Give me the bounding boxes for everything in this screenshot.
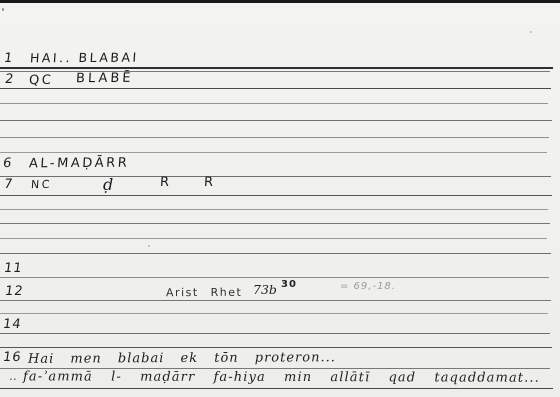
- entry-line-17-text: fa-ʾammā l- maḍārr fa-hiya min allātī qa…: [23, 369, 540, 385]
- scan-speck: [2, 8, 4, 11]
- ruled-line: [0, 152, 547, 153]
- ruled-line: [0, 388, 553, 389]
- scanned-index-card: 1 HAI.. BLABAI 2 QC BLABĒ 6 AL-MAḌĀRR 7 …: [0, 0, 560, 397]
- ruled-line: [0, 300, 551, 301]
- faint-annotation: = 69,-18.: [340, 281, 396, 292]
- margin-number-6: 6: [2, 156, 13, 171]
- ruled-line: [0, 313, 548, 314]
- citation-arist-rhet: Arist Rhet: [166, 286, 242, 299]
- margin-number-16: 16: [2, 350, 23, 365]
- ruled-line: [0, 120, 552, 121]
- margin-number-7: 7: [3, 177, 14, 192]
- margin-number-2: 2: [4, 72, 15, 87]
- entry-line-7-r1: R: [160, 175, 172, 190]
- ruled-line: [0, 238, 547, 239]
- citation-locus: 73b: [253, 282, 277, 297]
- scan-edge-top: [0, 0, 560, 3]
- arabic-dad-glyph: ḍ: [103, 175, 113, 194]
- ruled-line: [0, 67, 553, 69]
- ruled-line: [0, 176, 551, 177]
- scan-speck: [148, 245, 150, 247]
- ruled-line: [0, 347, 552, 348]
- margin-number-11: 11: [3, 261, 24, 276]
- entry-line-7-label: NC: [31, 178, 53, 191]
- ruled-line: [0, 277, 549, 278]
- scan-speck: [530, 31, 532, 33]
- entry-line-7-r2: R: [204, 175, 216, 190]
- entry-line-16-text: Hai men blabai ek tōn proteron...: [28, 350, 336, 367]
- ruled-line: [0, 209, 548, 210]
- margin-number-14: 14: [2, 317, 23, 332]
- ruled-line: [0, 223, 550, 224]
- margin-number-12: 12: [4, 284, 25, 299]
- ruled-line: [0, 88, 551, 89]
- ruled-line: [0, 333, 550, 334]
- entry-line-17-prefix: ..: [9, 369, 17, 383]
- entry-line-2-label: QC: [29, 73, 54, 88]
- entry-line-1-text: HAI.. BLABAI: [30, 50, 140, 66]
- ruled-line: [0, 103, 548, 104]
- ruled-line: [0, 195, 552, 196]
- entry-line-6-text: AL-MAḌĀRR: [29, 156, 130, 172]
- citation-locus-superscript: 30: [281, 279, 297, 290]
- ruled-line: [0, 137, 549, 138]
- ruled-line: [0, 253, 551, 254]
- margin-number-1: 1: [3, 51, 14, 66]
- entry-line-2-text: BLABĒ: [76, 71, 134, 86]
